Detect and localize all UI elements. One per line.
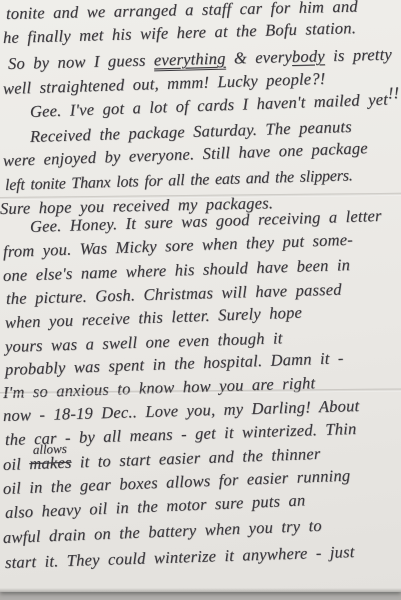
letter-paper: tonite and we arranged a staff car for h… <box>0 0 401 592</box>
letter-line: Gee. I've got a lot of cards I haven't m… <box>30 91 400 120</box>
corrected-word: allowsmakes <box>29 455 72 473</box>
line-segment: & <box>225 48 255 68</box>
paper-bottom-edge <box>0 588 401 592</box>
underlined-word: body <box>292 46 325 66</box>
letter-line: when you receive this letter. Surely hop… <box>5 305 303 332</box>
letter-line: awful drain on the battery when you try … <box>3 518 322 547</box>
raised-exclamation: !! <box>387 83 399 102</box>
letter-line: he finally met his wife here at the Bofu… <box>3 20 356 46</box>
photo-background: tonite and we arranged a staff car for h… <box>0 0 401 600</box>
letter-line: So by now I guess everything & everybody… <box>8 47 392 73</box>
line-segment: is pretty <box>325 45 393 66</box>
underlined-word: everything <box>154 49 226 72</box>
letter-line: I'm so anxious to know how you are right <box>3 375 316 401</box>
line-segment: every <box>255 47 292 67</box>
line-segment: So by now I guess <box>8 50 154 73</box>
letter-line: left tonite Thanx lots for all the eats … <box>5 168 353 194</box>
inserted-word: allows <box>33 442 67 456</box>
line-segment: oil <box>3 454 30 474</box>
letter-line: start it. They could winterize it anywhe… <box>5 544 355 571</box>
